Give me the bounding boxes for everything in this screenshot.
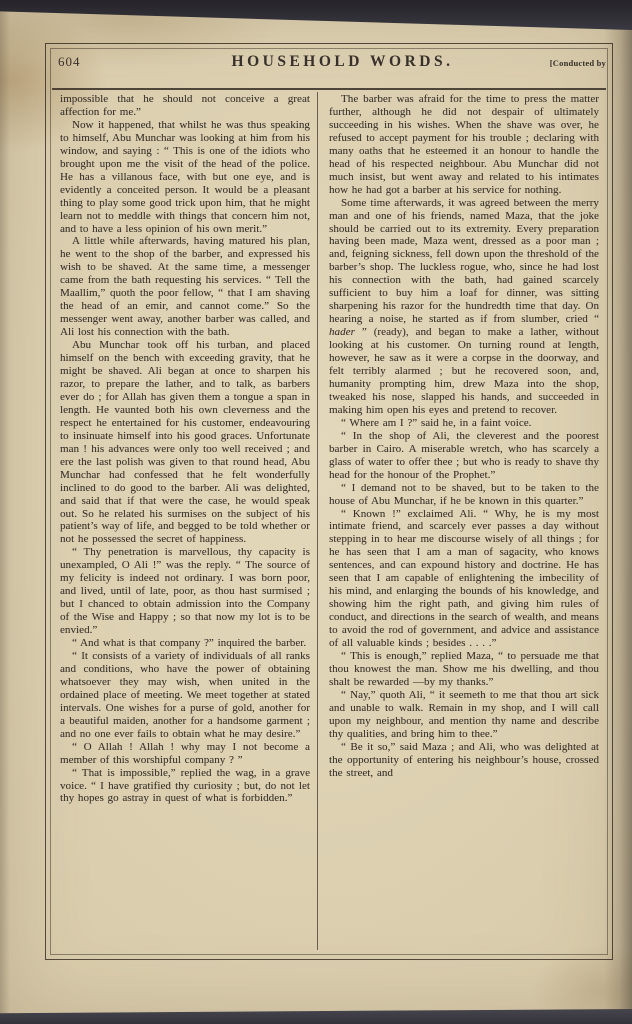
header-rule bbox=[52, 88, 606, 90]
paragraph: “ Nay,” quoth Ali, “ it seemeth to me th… bbox=[329, 689, 599, 741]
paragraph: Abu Munchar took off his turban, and pla… bbox=[60, 339, 310, 546]
page-number: 604 bbox=[58, 54, 153, 70]
column-rule bbox=[317, 92, 318, 950]
paragraph: “ Be it so,” said Maza ; and Ali, who wa… bbox=[329, 741, 599, 780]
paragraph: “ And what is that company ?” inquired t… bbox=[60, 637, 310, 650]
paragraph: Now it happened, that whilst he was thus… bbox=[60, 119, 310, 236]
text-column-right: The barber was afraid for the time to pr… bbox=[329, 93, 599, 953]
text-column-left: impossible that he should not conceive a… bbox=[60, 93, 310, 953]
paragraph: impossible that he should not conceive a… bbox=[60, 93, 310, 119]
paragraph: “ It consists of a variety of individual… bbox=[60, 650, 310, 741]
paragraph: Some time afterwards, it was agreed betw… bbox=[329, 197, 599, 417]
paragraph: “ Thy penetration is marvellous, thy cap… bbox=[60, 546, 310, 637]
journal-title: HOUSEHOLD WORDS. bbox=[153, 53, 532, 71]
paragraph: The barber was afraid for the time to pr… bbox=[329, 93, 599, 197]
paragraph: “ I demand not to be shaved, but to be t… bbox=[329, 482, 599, 508]
left-edge-shadow bbox=[0, 0, 10, 1024]
paragraph: “ Where am I ?” said he, in a faint voic… bbox=[329, 417, 599, 430]
paragraph: “ That is impossible,” replied the wag, … bbox=[60, 767, 310, 806]
paragraph: “ Known !” exclaimed Ali. “ Why, he is m… bbox=[329, 508, 599, 650]
paragraph: “ In the shop of Ali, the cleverest and … bbox=[329, 430, 599, 482]
running-head: 604 HOUSEHOLD WORDS. [Conducted by bbox=[58, 53, 606, 71]
paragraph: A little while afterwards, having mature… bbox=[60, 235, 310, 339]
paragraph: “ O Allah ! Allah ! why may I not become… bbox=[60, 741, 310, 767]
paragraph: “ This is enough,” replied Maza, “ to pe… bbox=[329, 650, 599, 689]
running-head-note: [Conducted by bbox=[532, 58, 606, 68]
